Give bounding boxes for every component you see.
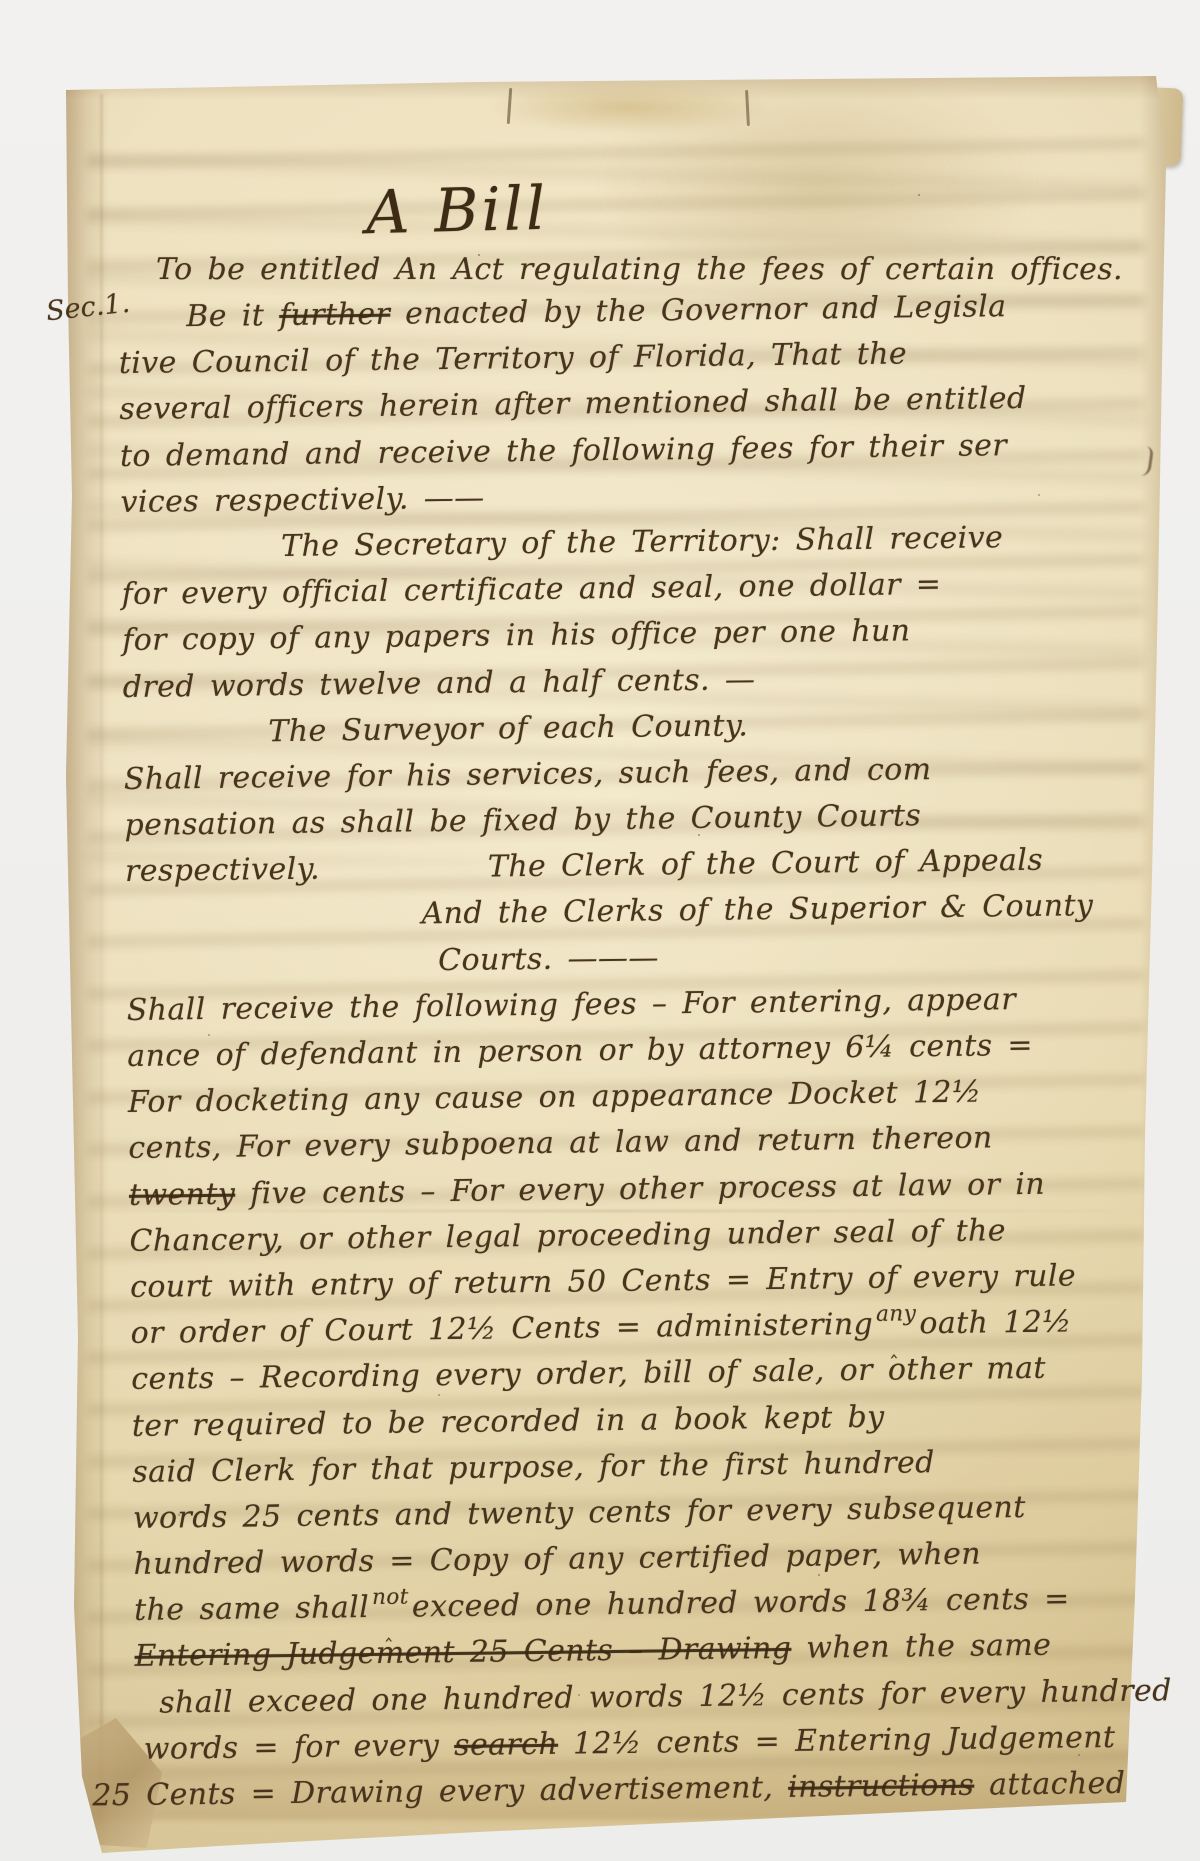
text-segment: the same shall bbox=[134, 1590, 369, 1628]
text-segment: pensation as shall be fixed by the Count… bbox=[124, 798, 921, 843]
text-segment: ter required to be recorded in a book ke… bbox=[132, 1399, 885, 1443]
text-segment: And the Clerks of the Superior & County bbox=[421, 889, 1093, 932]
text-segment: or order of Court 12½ Cents = administer… bbox=[130, 1307, 873, 1351]
struck-text: instructions bbox=[788, 1768, 974, 1805]
text-segment: tive Council of the Territory of Florida… bbox=[119, 337, 908, 382]
text-segment: Shall receive for his services, such fee… bbox=[124, 752, 932, 797]
document-subtitle: To be entitled An Act regulating the fee… bbox=[156, 252, 1123, 287]
text-segment: Be it bbox=[186, 298, 279, 334]
text-segment: 25 Cents = Drawing every advertisement, bbox=[92, 1770, 788, 1813]
text-segment: cents, For every subpoena at law and ret… bbox=[128, 1121, 993, 1167]
text-segment: Shall receive the following fees – For e… bbox=[127, 982, 1017, 1028]
text-segment: hundred words = Copy of any certified pa… bbox=[133, 1537, 981, 1582]
manuscript-line: And the Clerks of the Superior & County bbox=[421, 884, 1066, 938]
manuscript-text: A Bill To be entitled An Act regulating … bbox=[0, 0, 1200, 1861]
text-segment: exceed one hundred words 18¾ cents = bbox=[412, 1582, 1070, 1625]
inserted-text: not bbox=[372, 1585, 409, 1610]
text-segment: The Clerk of the Court of Appeals bbox=[488, 843, 1044, 885]
text-segment: to demand and receive the following fees… bbox=[120, 428, 1008, 474]
text-segment: ance of defendant in person or by attorn… bbox=[127, 1028, 1033, 1074]
text-segment: for copy of any papers in his office per… bbox=[122, 614, 911, 659]
manuscript-line: The Secretary of the Territory: Shall re… bbox=[281, 514, 1062, 570]
document-title: A Bill bbox=[365, 174, 549, 248]
text-segment: vices respectively. —— bbox=[120, 480, 484, 519]
text-segment: The Secretary of the Territory: Shall re… bbox=[281, 520, 1004, 564]
struck-text: twenty bbox=[129, 1176, 236, 1212]
struck-text: further bbox=[279, 297, 390, 333]
text-segment: attached bbox=[974, 1766, 1126, 1803]
text-segment: said Clerk for that purpose, for the fir… bbox=[132, 1445, 935, 1490]
text-segment: Courts. ——— bbox=[438, 940, 659, 978]
text-segment: words = for every bbox=[144, 1728, 455, 1767]
scanned-page: A Bill To be entitled An Act regulating … bbox=[0, 0, 1200, 1861]
struck-text: search bbox=[454, 1727, 558, 1763]
text-segment: cents – Recording every order, bill of s… bbox=[131, 1351, 1046, 1397]
inserted-text: any bbox=[876, 1301, 916, 1326]
text-segment: court with entry of return 50 Cents = En… bbox=[130, 1258, 1076, 1305]
struck-text: Entering Judgement 25 Cents – Drawing bbox=[134, 1631, 791, 1674]
text-segment: respectively. bbox=[125, 852, 320, 889]
text-segment: For docketing any cause on appearance Do… bbox=[128, 1075, 982, 1120]
text-segment: 12½ cents = Entering Judgement bbox=[558, 1720, 1116, 1762]
manuscript-line: Courts. ——— bbox=[438, 930, 1067, 984]
text-segment: for every official certificate and seal,… bbox=[121, 567, 941, 612]
text-segment: oath 12½ bbox=[919, 1305, 1072, 1342]
text-segment: shall exceed one hundred words 12½ cents… bbox=[159, 1673, 1172, 1720]
text-segment: Chancery, or other legal proceeding unde… bbox=[129, 1213, 1006, 1259]
text-segment: five cents – For every other process at … bbox=[235, 1166, 1045, 1211]
manuscript-lines: Be it further enacted by the Governor an… bbox=[118, 284, 1077, 1820]
text-segment: The Surveyor of each County. bbox=[268, 708, 748, 749]
text-segment: when the same bbox=[791, 1628, 1051, 1666]
text-segment: dred words twelve and a half cents. — bbox=[123, 662, 756, 705]
text-segment: several officers herein after mentioned … bbox=[119, 381, 1027, 427]
text-segment: words 25 cents and twenty cents for ever… bbox=[133, 1490, 1026, 1536]
text-segment: enacted by the Governor and Legisla bbox=[390, 289, 1007, 332]
